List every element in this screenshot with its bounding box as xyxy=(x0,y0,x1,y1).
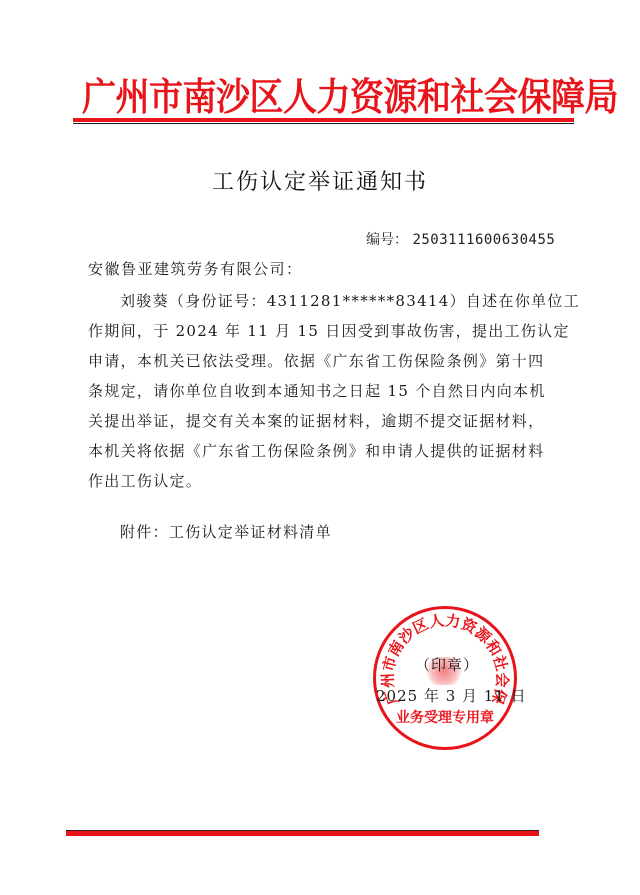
footer-red-rule xyxy=(66,831,539,836)
document-number-label: 编号： xyxy=(366,232,408,248)
body-line: 申请，本机关已依法受理。依据《广东省工伤保险条例》第十四 xyxy=(88,346,562,376)
addressee: 安徽鲁亚建筑劳务有限公司： xyxy=(88,258,303,279)
body-line: 作出工伤认定。 xyxy=(88,466,562,496)
body-line: 本机关将依据《广东省工伤保险条例》和申请人提供的证据材料 xyxy=(88,436,562,466)
body-line: 刘骏葵（身份证号：4311281******83414）自述在你单位工 xyxy=(88,286,562,316)
body-line: 条规定，请你单位自收到本通知书之日起 15 个自然日内向本机 xyxy=(88,376,562,406)
stamp-label: （印章） xyxy=(415,654,479,675)
document-number: 编号： 2503111600630455 xyxy=(366,229,555,249)
letterhead-black-rule xyxy=(73,123,574,124)
letterhead-red-rule xyxy=(73,118,574,122)
notice-body: 刘骏葵（身份证号：4311281******83414）自述在你单位工 作期间，… xyxy=(88,286,562,496)
document-number-value: 2503111600630455 xyxy=(412,232,555,248)
body-line: 作期间，于 2024 年 11 月 15 日因受到事故伤害，提出工伤认定 xyxy=(88,316,562,346)
letterhead-organization-name: 广州市南沙区人力资源和社会保障局 xyxy=(82,72,562,124)
attachment-note: 附件：工伤认定举证材料清单 xyxy=(120,521,332,542)
seal-bottom-text: 业务受理专用章 xyxy=(376,707,514,727)
official-seal: 广州市南沙区人力资源和社会保障局 业务受理专用章 xyxy=(373,606,517,750)
signature-date: 2025 年 3 月 11 日 xyxy=(376,685,527,706)
document-title: 工伤认定举证通知书 xyxy=(0,165,640,196)
body-line: 关提出举证，提交有关本案的证据材料，逾期不提交证据材料， xyxy=(88,406,562,436)
